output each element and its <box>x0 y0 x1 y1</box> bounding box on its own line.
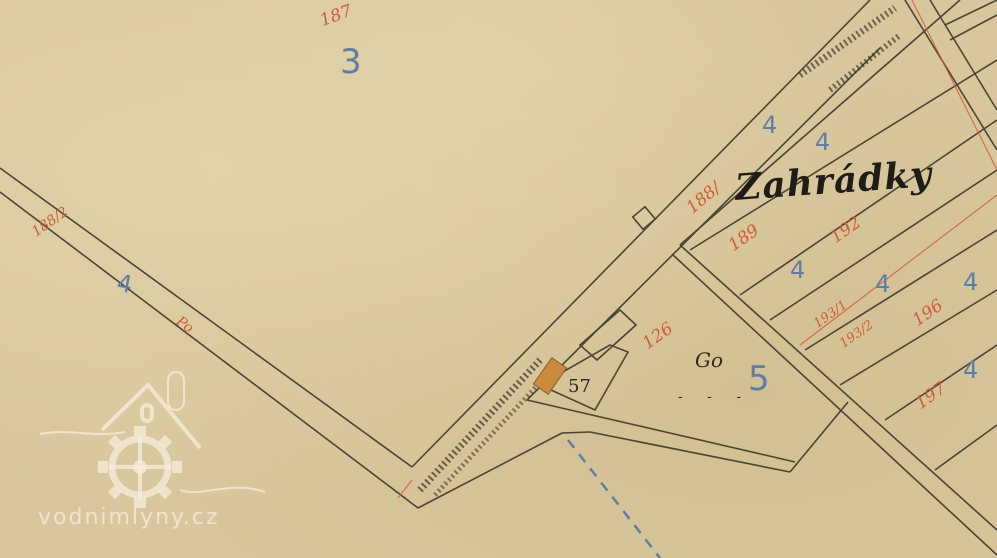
house-number: 57 <box>568 378 591 396</box>
map-symbol-dashes: - - - <box>678 390 751 404</box>
class-number: 3 <box>340 45 362 79</box>
class-number: 5 <box>748 362 770 396</box>
class-number: 4 <box>875 272 890 296</box>
class-number: 4 <box>963 358 978 382</box>
class-number: 4 <box>790 258 805 282</box>
class-number: 4 <box>963 270 978 294</box>
class-number: 4 <box>762 113 777 137</box>
watermark-text: vodnimlyny.cz <box>38 505 220 530</box>
cadastral-map: Zahrádky 187 188/ 188/2 189 192 193/1 19… <box>0 0 997 558</box>
map-symbol: Go <box>695 350 723 370</box>
class-number: 4 <box>815 130 830 154</box>
